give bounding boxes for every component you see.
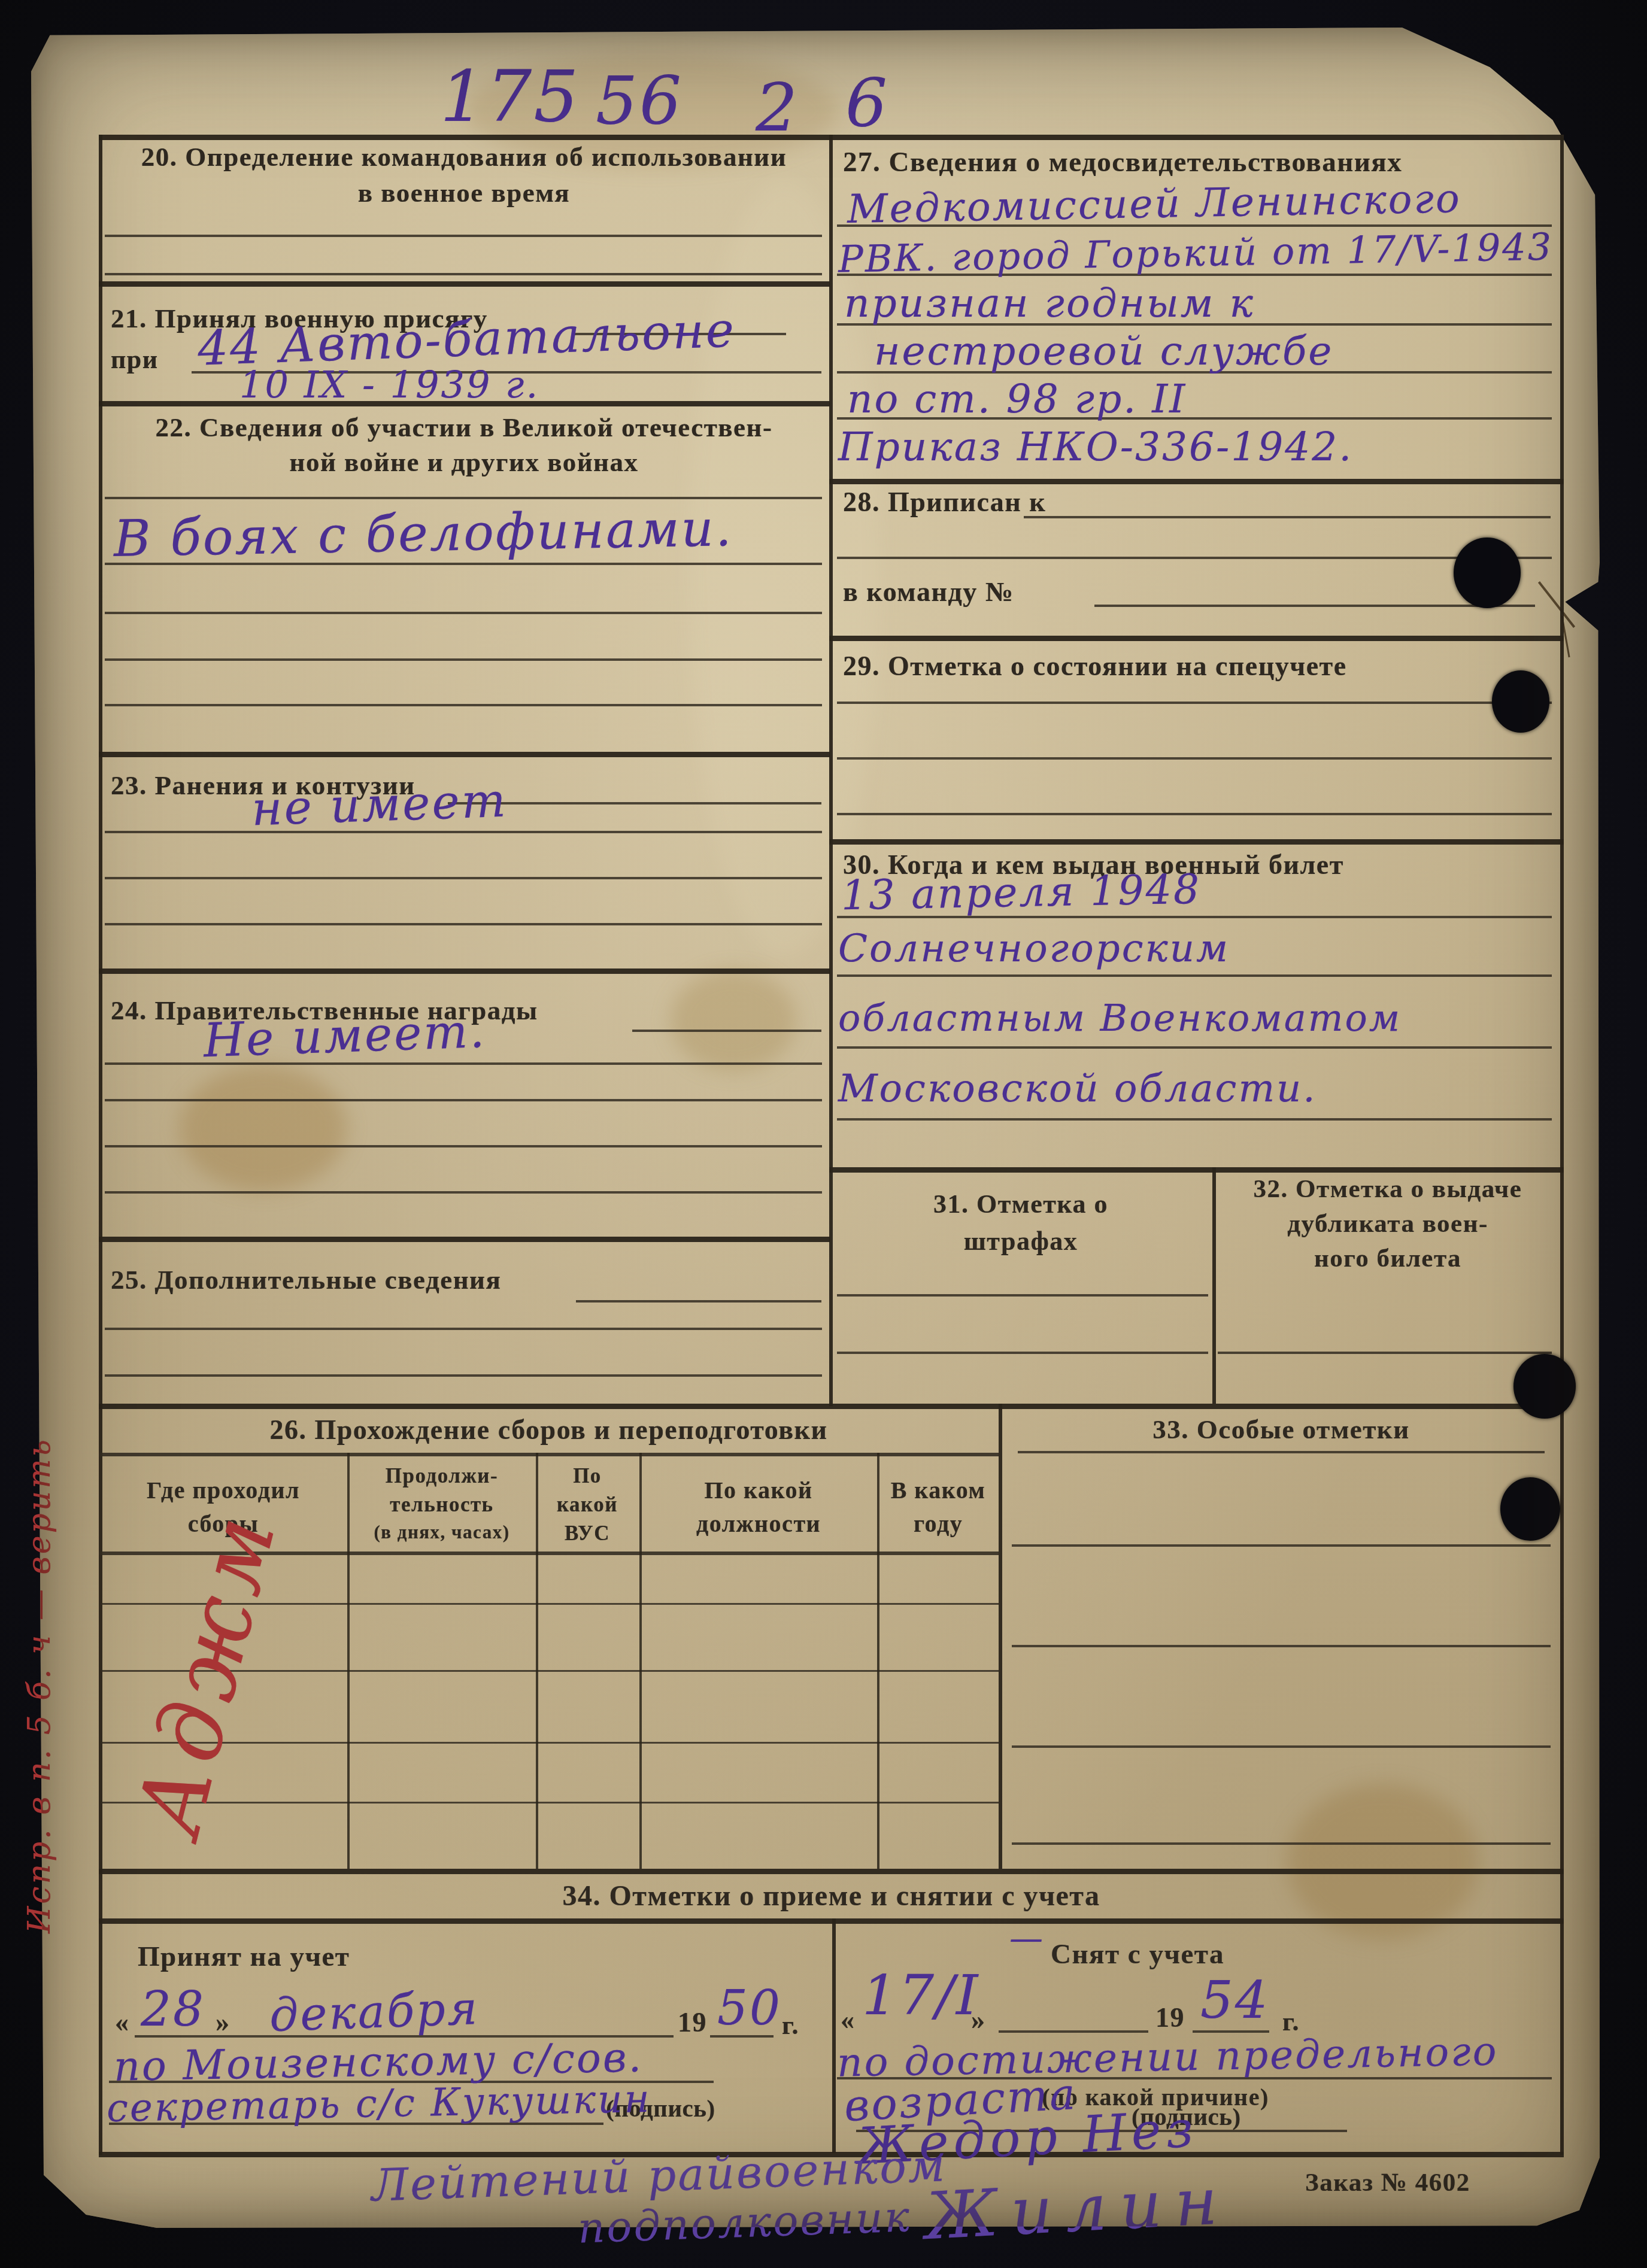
quote-mark: « bbox=[841, 2004, 856, 2036]
print-order-number: Заказ № 4602 bbox=[1305, 2168, 1470, 2197]
ruled-line bbox=[1018, 1451, 1545, 1453]
ruled-line bbox=[105, 1328, 822, 1330]
ruled-line bbox=[837, 1352, 1208, 1354]
column-divider bbox=[832, 1918, 836, 2153]
section-28-title: 28. Приписан к bbox=[843, 486, 1046, 518]
year-prefix: 19 bbox=[678, 2006, 707, 2038]
section-26-title: 26. Прохождение сборов и переподготовки bbox=[99, 1414, 999, 1446]
ruled-line bbox=[105, 1191, 822, 1194]
ticket-issuer-hw: Солнечногорским bbox=[838, 927, 1230, 971]
serial-number-hw: 56 bbox=[596, 62, 683, 139]
margin-correction-note-red: Испр. в п. 5 б. ч — верить bbox=[22, 1437, 57, 1933]
ruled-line bbox=[1012, 1745, 1551, 1748]
serial-number-hw: 175 bbox=[440, 55, 580, 138]
section-border bbox=[829, 839, 1564, 845]
ruled-line bbox=[105, 704, 822, 706]
section-border bbox=[99, 752, 830, 757]
serial-number-hw: 2 bbox=[756, 69, 799, 146]
section-32-title: 32. Отметка о выдаче bbox=[1218, 1174, 1557, 1204]
col-header-duration: Продолжи- bbox=[350, 1464, 534, 1488]
section-21-prefix: при bbox=[111, 344, 159, 375]
wounds-entry-hw: не имеет bbox=[251, 774, 508, 837]
section-32-title-line3: ного билета bbox=[1218, 1244, 1557, 1273]
ruled-line bbox=[1012, 1645, 1551, 1647]
section-border bbox=[829, 479, 1564, 484]
frame-line bbox=[99, 135, 102, 2155]
frame-line bbox=[1560, 135, 1564, 2155]
accepted-year-hw: 50 bbox=[717, 1980, 782, 2036]
footer-signature-hw: Жилин bbox=[923, 2164, 1232, 2255]
table-line bbox=[99, 1453, 999, 1456]
ticket-issuer-hw: областным Военкоматом bbox=[838, 996, 1402, 1040]
section-25-title: 25. Дополнительные сведения bbox=[111, 1264, 501, 1295]
section-border bbox=[99, 1237, 830, 1242]
col-header-year: году bbox=[879, 1510, 997, 1538]
section-border bbox=[99, 968, 830, 974]
section-border bbox=[829, 636, 1564, 641]
section-28-team-label: в команду № bbox=[843, 576, 1014, 608]
hole-punch bbox=[1454, 538, 1521, 608]
ruled-line bbox=[576, 1300, 821, 1302]
ruled-line bbox=[837, 813, 1552, 815]
ruled-line bbox=[105, 923, 822, 925]
war-participation-hw: В боях с белофинами. bbox=[113, 499, 733, 568]
removed-year-hw: 54 bbox=[1200, 1971, 1269, 2030]
section-border bbox=[829, 1167, 1564, 1173]
accepted-day-hw: 28 bbox=[141, 1981, 205, 2037]
ruled-line bbox=[105, 273, 822, 275]
ticket-date-hw: 13 апреля 1948 bbox=[841, 866, 1202, 919]
accepted-month-hw: декабря bbox=[269, 1981, 480, 2042]
ruled-line bbox=[105, 831, 822, 833]
col-header-duration: (в днях, часах) bbox=[350, 1522, 534, 1543]
ruled-line bbox=[837, 757, 1552, 760]
medical-entry-hw: признан годным к bbox=[844, 280, 1255, 326]
col-header-vus: какой bbox=[538, 1493, 637, 1517]
column-divider bbox=[829, 135, 833, 1406]
ruled-line bbox=[1218, 1352, 1552, 1354]
section-29-title: 29. Отметка о состоянии на спецучете bbox=[843, 650, 1347, 682]
accepted-signoff-hw: секретарь с/с Кукушкин bbox=[106, 2077, 651, 2131]
ruled-line bbox=[1094, 605, 1535, 607]
paper-stain bbox=[1287, 1784, 1479, 1939]
col-header-year: В каком bbox=[879, 1476, 997, 1504]
section-27-title: 27. Сведения о медосвидетельствованиях bbox=[843, 146, 1402, 178]
section-20-title-line2: в военное время bbox=[105, 177, 823, 208]
ruled-line bbox=[999, 2030, 1148, 2033]
ruled-line bbox=[105, 1374, 822, 1377]
section-31-title-line2: штрафах bbox=[835, 1226, 1206, 1256]
ruled-line bbox=[105, 658, 822, 661]
year-prefix: 19 bbox=[1155, 2002, 1185, 2033]
paper-stain bbox=[180, 1065, 347, 1191]
ruled-line bbox=[105, 1099, 822, 1101]
quote-mark: » bbox=[216, 2006, 230, 2038]
section-34-title: 34. Отметки о приеме и снятии с учета bbox=[99, 1880, 1564, 1912]
medical-entry-hw: Приказ НКО-336-1942. bbox=[838, 424, 1353, 470]
col-header-position: должности bbox=[642, 1510, 875, 1538]
section-31-title: 31. Отметка о bbox=[835, 1189, 1206, 1219]
section-border bbox=[99, 1404, 1564, 1409]
medical-entry-hw: нестроевой службе bbox=[874, 328, 1333, 374]
col-header-vus: ВУС bbox=[538, 1522, 637, 1546]
serial-number-hw: 6 bbox=[845, 65, 889, 141]
ruled-line bbox=[1012, 1842, 1551, 1845]
col-header-vus: По bbox=[538, 1464, 637, 1488]
col-header-position: По какой bbox=[642, 1476, 875, 1504]
section-22-title: 22. Сведения об участии в Великой отечес… bbox=[105, 412, 823, 443]
ruled-line bbox=[105, 1145, 822, 1147]
ruled-line bbox=[1024, 516, 1551, 518]
removed-day-hw: 17/I bbox=[862, 1963, 979, 2027]
table-line bbox=[999, 1404, 1002, 1869]
quote-mark: « bbox=[115, 2006, 130, 2038]
ruled-line bbox=[1012, 1544, 1551, 1547]
ruled-line bbox=[837, 702, 1552, 704]
table-line bbox=[101, 1802, 999, 1804]
accepted-header: Принят на учет bbox=[138, 1941, 350, 1973]
ticket-issuer-hw: Московской области. bbox=[838, 1067, 1317, 1111]
oath-date-hw: 10 IX - 1939 г. bbox=[239, 363, 539, 406]
hole-punch bbox=[1492, 670, 1549, 733]
ruled-line bbox=[105, 235, 822, 237]
removed-dash-hw: — bbox=[1009, 1919, 1045, 1958]
ruled-line bbox=[105, 877, 822, 879]
section-22-title-line2: ной войне и других войнах bbox=[105, 447, 823, 478]
col-header-duration: тельность bbox=[350, 1493, 534, 1517]
section-32-title-line2: дубликата воен- bbox=[1218, 1209, 1557, 1238]
ruled-line bbox=[837, 557, 1552, 559]
section-33-title: 33. Особые отметки bbox=[1006, 1414, 1557, 1445]
hole-punch bbox=[1500, 1477, 1560, 1541]
scanned-military-document: 175 56 2 6 20. Определение командования … bbox=[0, 0, 1647, 2268]
ruled-line bbox=[632, 1030, 821, 1032]
hole-punch bbox=[1513, 1354, 1576, 1419]
year-suffix: г. bbox=[782, 2010, 799, 2041]
ruled-line bbox=[837, 974, 1552, 977]
section-border bbox=[99, 1869, 1564, 1874]
ruled-line bbox=[837, 1118, 1552, 1121]
section-20-title: 20. Определение командования об использо… bbox=[105, 141, 823, 172]
column-divider bbox=[1212, 1167, 1216, 1404]
col-header-where: Где проходил bbox=[102, 1476, 345, 1504]
ruled-line bbox=[837, 1046, 1552, 1049]
section-border bbox=[99, 1918, 1564, 1924]
ruled-line bbox=[837, 1294, 1208, 1297]
ruled-line bbox=[105, 612, 822, 614]
awards-entry-hw: Не имеет. bbox=[203, 1004, 487, 1068]
paper-stain bbox=[671, 970, 796, 1071]
medical-entry-hw: по ст. 98 гр. II bbox=[847, 376, 1187, 422]
section-border bbox=[99, 281, 830, 287]
